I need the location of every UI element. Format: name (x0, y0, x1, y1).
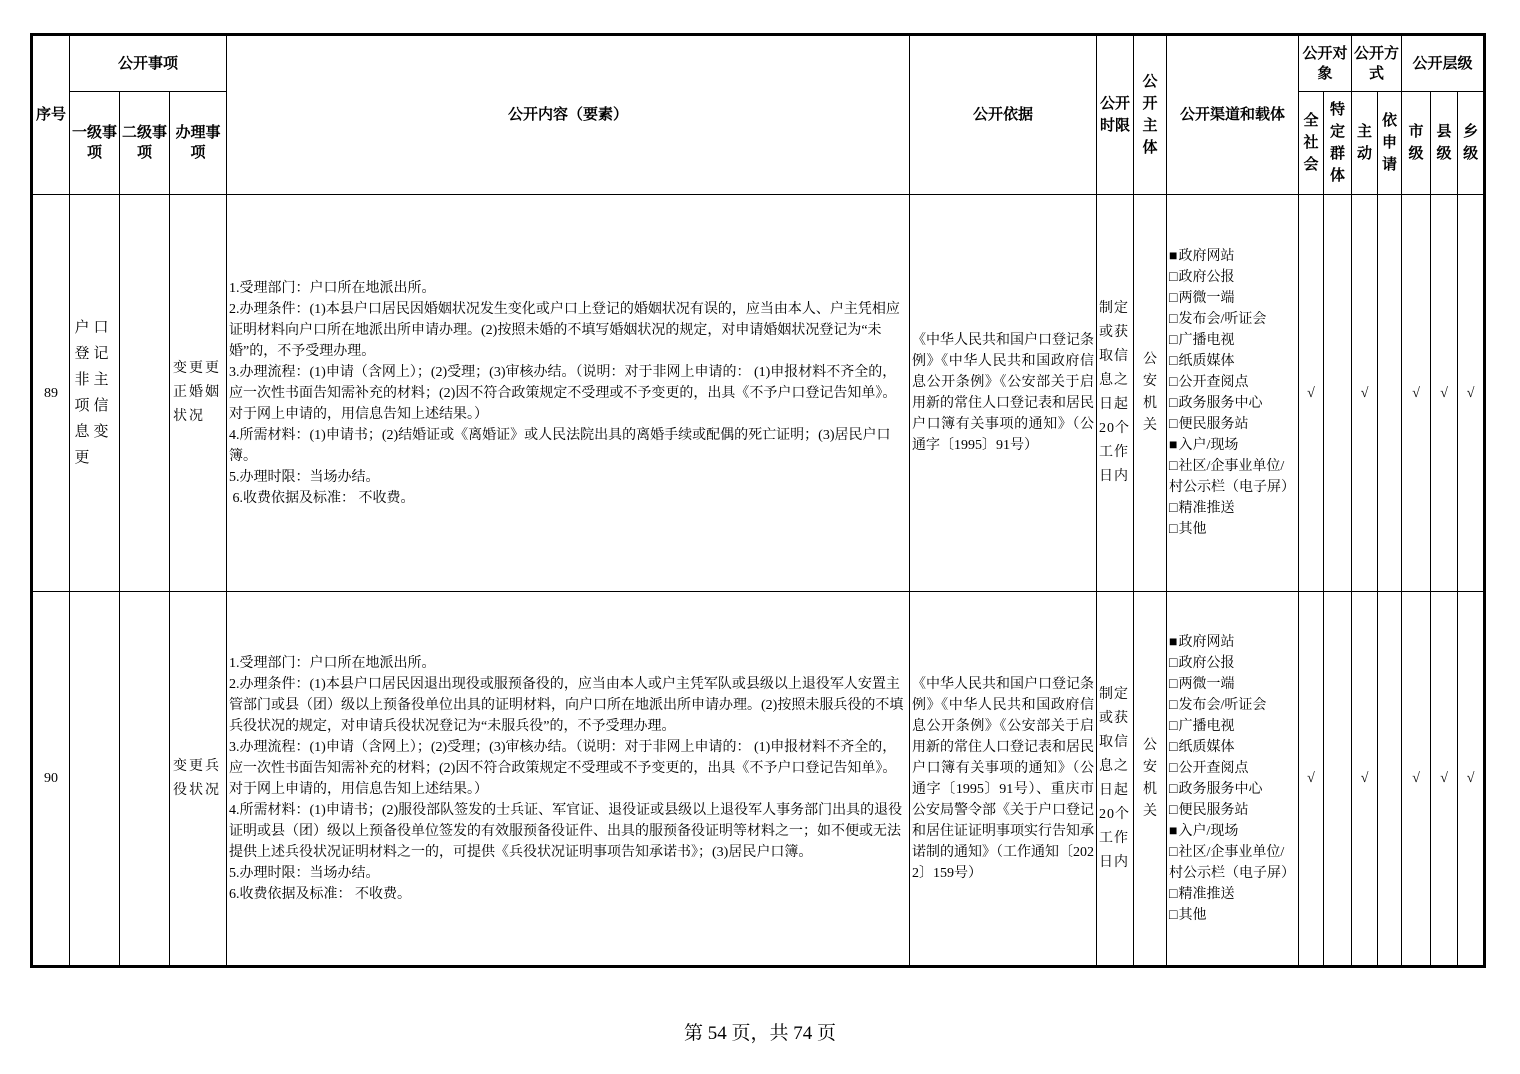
checkbox-unchecked-icon: □ (1169, 740, 1177, 755)
checkbox-unchecked-icon: □ (1169, 656, 1177, 671)
channel-item: □广播电视 (1169, 716, 1296, 737)
row-handling-item: 变更兵役状况 (170, 592, 227, 967)
header-time-limit: 公开时限 (1097, 35, 1134, 195)
channel-label: 公开查阅点 (1178, 375, 1248, 390)
channel-item: □公开查阅点 (1169, 372, 1296, 393)
channel-label: 政务服务中心 (1178, 396, 1262, 411)
row-level1: 户口登记非主项信息变更 (70, 195, 120, 592)
checkbox-checked-icon: ■ (1169, 438, 1177, 453)
channel-label: 其他 (1178, 522, 1206, 537)
header-method-group: 公开方式 (1352, 35, 1402, 92)
channel-label: 政府网站 (1178, 249, 1234, 264)
header-public-items-group: 公开事项 (70, 35, 227, 92)
channel-label: 广播电视 (1178, 333, 1234, 348)
row-content: 1.受理部门：户口所在地派出所。 2.办理条件：(1)本县户口居民因退出现役或服… (227, 592, 910, 967)
header-county-level: 县级 (1431, 92, 1458, 195)
check-all-society: √ (1299, 592, 1324, 967)
channel-label: 政府网站 (1178, 635, 1234, 650)
row-subject: 公安机关 (1134, 195, 1167, 592)
channel-label: 纸质媒体 (1178, 354, 1234, 369)
header-level2: 二级事项 (120, 92, 170, 195)
header-seq: 序号 (32, 35, 70, 195)
row-time-limit: 制定或获取信息之日起20个工作日内 (1097, 592, 1134, 967)
channel-item: □政府公报 (1169, 267, 1296, 288)
checkbox-unchecked-icon: □ (1169, 782, 1177, 797)
channel-label: 政务服务中心 (1178, 782, 1262, 797)
header-level-group: 公开层级 (1402, 35, 1485, 92)
channel-item: □发布会/听证会 (1169, 309, 1296, 330)
channel-item: □两微一端 (1169, 674, 1296, 695)
header-specific-group: 特定群体 (1324, 92, 1352, 195)
channel-item: □其他 (1169, 905, 1296, 926)
checkbox-unchecked-icon: □ (1169, 761, 1177, 776)
channel-item: □社区/企事业单位/村公示栏（电子屏） (1169, 842, 1296, 884)
check-active: √ (1352, 195, 1378, 592)
checkbox-checked-icon: ■ (1169, 249, 1177, 264)
header-target-group: 公开对象 (1299, 35, 1352, 92)
channel-label: 发布会/听证会 (1178, 698, 1266, 713)
checkbox-unchecked-icon: □ (1169, 354, 1177, 369)
checkbox-unchecked-icon: □ (1169, 501, 1177, 516)
checkbox-checked-icon: ■ (1169, 824, 1177, 839)
row-subject: 公安机关 (1134, 592, 1167, 967)
row-level2 (120, 195, 170, 592)
check-township: √ (1458, 592, 1485, 967)
table-row: 90 变更兵役状况 1.受理部门：户口所在地派出所。 2.办理条件：(1)本县户… (32, 592, 1485, 967)
check-county: √ (1431, 592, 1458, 967)
channel-label: 两微一端 (1178, 677, 1234, 692)
channel-label: 社区/企事业单位/村公示栏（电子屏） (1169, 459, 1295, 495)
channel-label: 两微一端 (1178, 291, 1234, 306)
checkbox-unchecked-icon: □ (1169, 270, 1177, 285)
checkbox-unchecked-icon: □ (1169, 312, 1177, 327)
channel-item: □纸质媒体 (1169, 737, 1296, 758)
row-content: 1.受理部门：户口所在地派出所。 2.办理条件：(1)本县户口居民因婚姻状况发生… (227, 195, 910, 592)
header-handling-item: 办理事项 (170, 92, 227, 195)
channel-label: 政府公报 (1178, 270, 1234, 285)
check-on-request (1378, 195, 1402, 592)
channel-label: 发布会/听证会 (1178, 312, 1266, 327)
channel-item: □政府公报 (1169, 653, 1296, 674)
checkbox-unchecked-icon: □ (1169, 719, 1177, 734)
channel-item: □便民服务站 (1169, 414, 1296, 435)
checkbox-unchecked-icon: □ (1169, 459, 1177, 474)
document-page: 序号 公开事项 公开内容（要素） 公开依据 公开时限 公开主体 公开渠道和载体 … (0, 0, 1520, 1074)
checkbox-unchecked-icon: □ (1169, 396, 1177, 411)
checkbox-unchecked-icon: □ (1169, 291, 1177, 306)
checkbox-unchecked-icon: □ (1169, 375, 1177, 390)
row-channels: ■政府网站□政府公报□两微一端□发布会/听证会□广播电视□纸质媒体□公开查阅点□… (1167, 592, 1299, 967)
channel-item: □便民服务站 (1169, 800, 1296, 821)
channel-item: □政务服务中心 (1169, 393, 1296, 414)
check-active: √ (1352, 592, 1378, 967)
row-basis: 《中华人民共和国户口登记条例》《中华人民共和国政府信息公开条例》《公安部关于启用… (910, 195, 1097, 592)
header-active: 主动 (1352, 92, 1378, 195)
channel-label: 其他 (1178, 908, 1206, 923)
checkbox-unchecked-icon: □ (1169, 845, 1177, 860)
row-level1 (70, 592, 120, 967)
channel-item: ■政府网站 (1169, 246, 1296, 267)
check-city: √ (1402, 592, 1431, 967)
checkbox-unchecked-icon: □ (1169, 677, 1177, 692)
channel-item: □公开查阅点 (1169, 758, 1296, 779)
page-footer: 第 54 页，共 74 页 (0, 1018, 1520, 1045)
checkbox-unchecked-icon: □ (1169, 333, 1177, 348)
checkbox-unchecked-icon: □ (1169, 908, 1177, 923)
channel-item: □政务服务中心 (1169, 779, 1296, 800)
checkbox-unchecked-icon: □ (1169, 417, 1177, 432)
channel-label: 入户/现场 (1178, 824, 1238, 839)
checkbox-unchecked-icon: □ (1169, 698, 1177, 713)
check-city: √ (1402, 195, 1431, 592)
check-specific-group (1324, 195, 1352, 592)
channel-label: 精准推送 (1178, 501, 1234, 516)
check-on-request (1378, 592, 1402, 967)
row-handling-item: 变更更正婚姻状况 (170, 195, 227, 592)
row-time-limit: 制定或获取信息之日起20个工作日内 (1097, 195, 1134, 592)
header-content: 公开内容（要素） (227, 35, 910, 195)
checkbox-unchecked-icon: □ (1169, 522, 1177, 537)
channel-label: 精准推送 (1178, 887, 1234, 902)
channel-label: 便民服务站 (1178, 803, 1248, 818)
header-channels: 公开渠道和载体 (1167, 35, 1299, 195)
channel-item: □纸质媒体 (1169, 351, 1296, 372)
table-row: 89 户口登记非主项信息变更 变更更正婚姻状况 1.受理部门：户口所在地派出所。… (32, 195, 1485, 592)
check-township: √ (1458, 195, 1485, 592)
header-on-request: 依申请 (1378, 92, 1402, 195)
channel-item: □其他 (1169, 519, 1296, 540)
channel-label: 便民服务站 (1178, 417, 1248, 432)
channel-label: 入户/现场 (1178, 438, 1238, 453)
header-township-level: 乡级 (1458, 92, 1485, 195)
check-specific-group (1324, 592, 1352, 967)
header-level1: 一级事项 (70, 92, 120, 195)
channel-label: 纸质媒体 (1178, 740, 1234, 755)
channel-item: □精准推送 (1169, 884, 1296, 905)
channel-label: 广播电视 (1178, 719, 1234, 734)
channel-item: □精准推送 (1169, 498, 1296, 519)
row-seq: 89 (32, 195, 70, 592)
row-seq: 90 (32, 592, 70, 967)
channel-item: □两微一端 (1169, 288, 1296, 309)
header-subject: 公开主体 (1134, 35, 1167, 195)
checkbox-unchecked-icon: □ (1169, 803, 1177, 818)
header-basis: 公开依据 (910, 35, 1097, 195)
channel-item: □发布会/听证会 (1169, 695, 1296, 716)
header-city-level: 市级 (1402, 92, 1431, 195)
check-all-society: √ (1299, 195, 1324, 592)
channel-item: ■入户/现场 (1169, 821, 1296, 842)
row-level2 (120, 592, 170, 967)
checkbox-checked-icon: ■ (1169, 635, 1177, 650)
channel-item: □社区/企事业单位/村公示栏（电子屏） (1169, 456, 1296, 498)
channel-item: ■入户/现场 (1169, 435, 1296, 456)
check-county: √ (1431, 195, 1458, 592)
channel-item: □广播电视 (1169, 330, 1296, 351)
row-basis: 《中华人民共和国户口登记条例》《中华人民共和国政府信息公开条例》《公安部关于启用… (910, 592, 1097, 967)
channel-label: 社区/企事业单位/村公示栏（电子屏） (1169, 845, 1295, 881)
checkbox-unchecked-icon: □ (1169, 887, 1177, 902)
channel-item: ■政府网站 (1169, 632, 1296, 653)
channel-label: 公开查阅点 (1178, 761, 1248, 776)
row-channels: ■政府网站□政府公报□两微一端□发布会/听证会□广播电视□纸质媒体□公开查阅点□… (1167, 195, 1299, 592)
disclosure-table: 序号 公开事项 公开内容（要素） 公开依据 公开时限 公开主体 公开渠道和载体 … (30, 33, 1486, 968)
channel-label: 政府公报 (1178, 656, 1234, 671)
header-all-society: 全社会 (1299, 92, 1324, 195)
